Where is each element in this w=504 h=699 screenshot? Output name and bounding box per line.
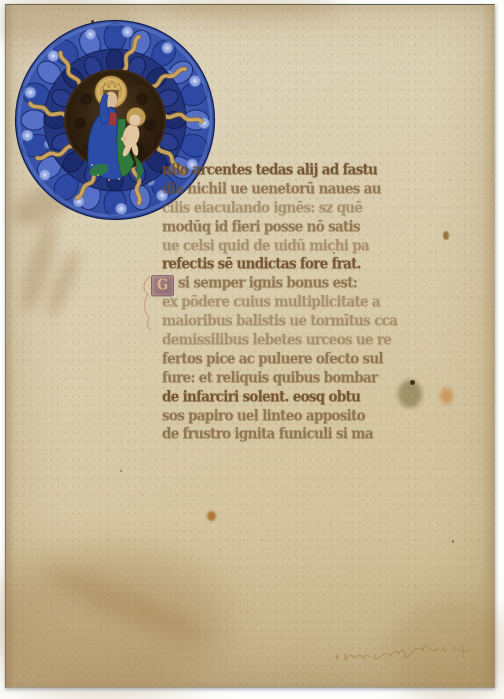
manuscript-photo: nilo arcentes tedas alij ad fastu dia ni…: [0, 0, 504, 699]
owner-inscription-scribble: [332, 632, 482, 674]
text-block: nilo arcentes tedas alij ad fastu dia ni…: [162, 161, 390, 444]
text-line: dia nichil ue uenetorū naues au: [162, 180, 390, 201]
text-line: modūq id fieri posse nō satis: [162, 218, 390, 239]
text-line: fure: et reliquis quibus bombar: [162, 369, 390, 390]
text-line: fertos pice ac puluere ofecto sul: [162, 350, 390, 371]
text-line: nilo arcentes tedas alij ad fastu: [162, 161, 390, 182]
line-text: si semper ignis bonus est:: [178, 274, 357, 292]
text-line: de infarciri solent. eosq obtu: [162, 388, 390, 409]
text-line: demissilibus lebetes urceos ue re: [162, 331, 390, 352]
text-line: de frustro ignita funiculi si ma: [162, 425, 390, 446]
text-line: cilis eiaculando ignēs: sz quē: [162, 199, 390, 220]
